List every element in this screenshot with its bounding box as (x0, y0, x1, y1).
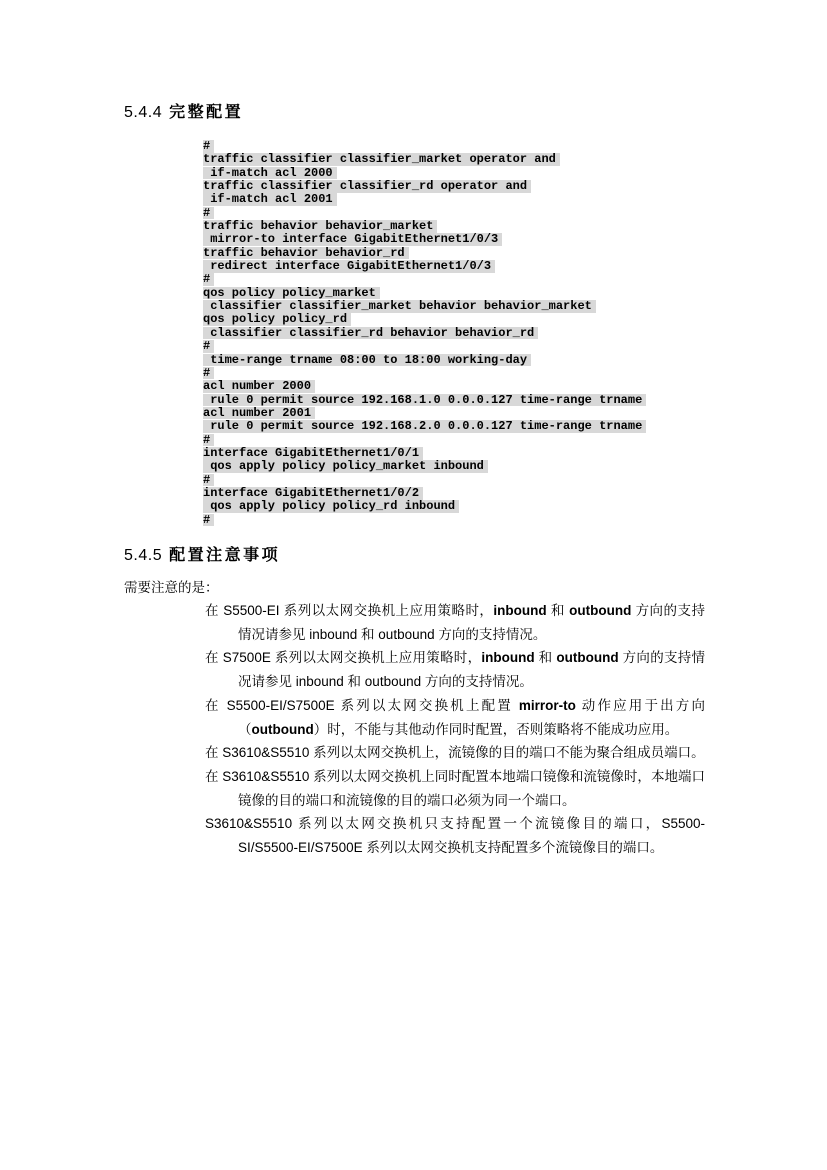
notes-intro: 需要注意的是： (124, 578, 219, 598)
document-page: 5.4.4完整配置 #traffic classifier classifier… (0, 0, 827, 1170)
note-item: 在 S5500-EI 系列以太网交换机上应用策略时，inbound 和 outb… (205, 599, 705, 646)
code-line: redirect interface GigabitEthernet1/0/3 (203, 256, 646, 269)
code-line: # (203, 136, 646, 149)
section-number: 5.4.4 (124, 104, 162, 121)
code-line: qos policy policy_market (203, 283, 646, 296)
section-title: 完整配置 (169, 104, 243, 121)
code-line: classifier classifier_market behavior be… (203, 296, 646, 309)
code-line: rule 0 permit source 192.168.2.0 0.0.0.1… (203, 416, 646, 429)
code-line: traffic behavior behavior_market (203, 216, 646, 229)
code-line: time-range trname 08:00 to 18:00 working… (203, 350, 646, 363)
section-heading-config-notes: 5.4.5配置注意事项 (124, 542, 280, 565)
code-line: interface GigabitEthernet1/0/2 (203, 483, 646, 496)
code-line: qos apply policy policy_market inbound (203, 456, 646, 469)
section-title: 配置注意事项 (169, 547, 280, 564)
code-line: qos apply policy policy_rd inbound (203, 496, 646, 509)
code-line: classifier classifier_rd behavior behavi… (203, 323, 646, 336)
section-number: 5.4.5 (124, 547, 162, 564)
code-block: #traffic classifier classifier_market op… (203, 136, 646, 523)
code-line: rule 0 permit source 192.168.1.0 0.0.0.1… (203, 390, 646, 403)
note-item: 在 S3610&S5510 系列以太网交换机上，流镜像的目的端口不能为聚合组成员… (205, 741, 705, 765)
notes-list: 在 S5500-EI 系列以太网交换机上应用策略时，inbound 和 outb… (205, 599, 705, 860)
note-item: S3610&S5510 系列以太网交换机只支持配置一个流镜像目的端口，S5500… (205, 812, 705, 859)
note-item: 在 S3610&S5510 系列以太网交换机上同时配置本地端口镜像和流镜像时，本… (205, 765, 705, 812)
code-line: interface GigabitEthernet1/0/1 (203, 443, 646, 456)
section-heading-complete-config: 5.4.4完整配置 (124, 99, 243, 122)
code-line: traffic classifier classifier_rd operato… (203, 176, 646, 189)
code-line: acl number 2000 (203, 376, 646, 389)
note-item: 在 S5500-EI/S7500E 系列以太网交换机上配置 mirror-to … (205, 694, 705, 741)
note-item: 在 S7500E 系列以太网交换机上应用策略时，inbound 和 outbou… (205, 646, 705, 693)
code-line: traffic classifier classifier_market ope… (203, 149, 646, 162)
code-line: mirror-to interface GigabitEthernet1/0/3 (203, 229, 646, 242)
